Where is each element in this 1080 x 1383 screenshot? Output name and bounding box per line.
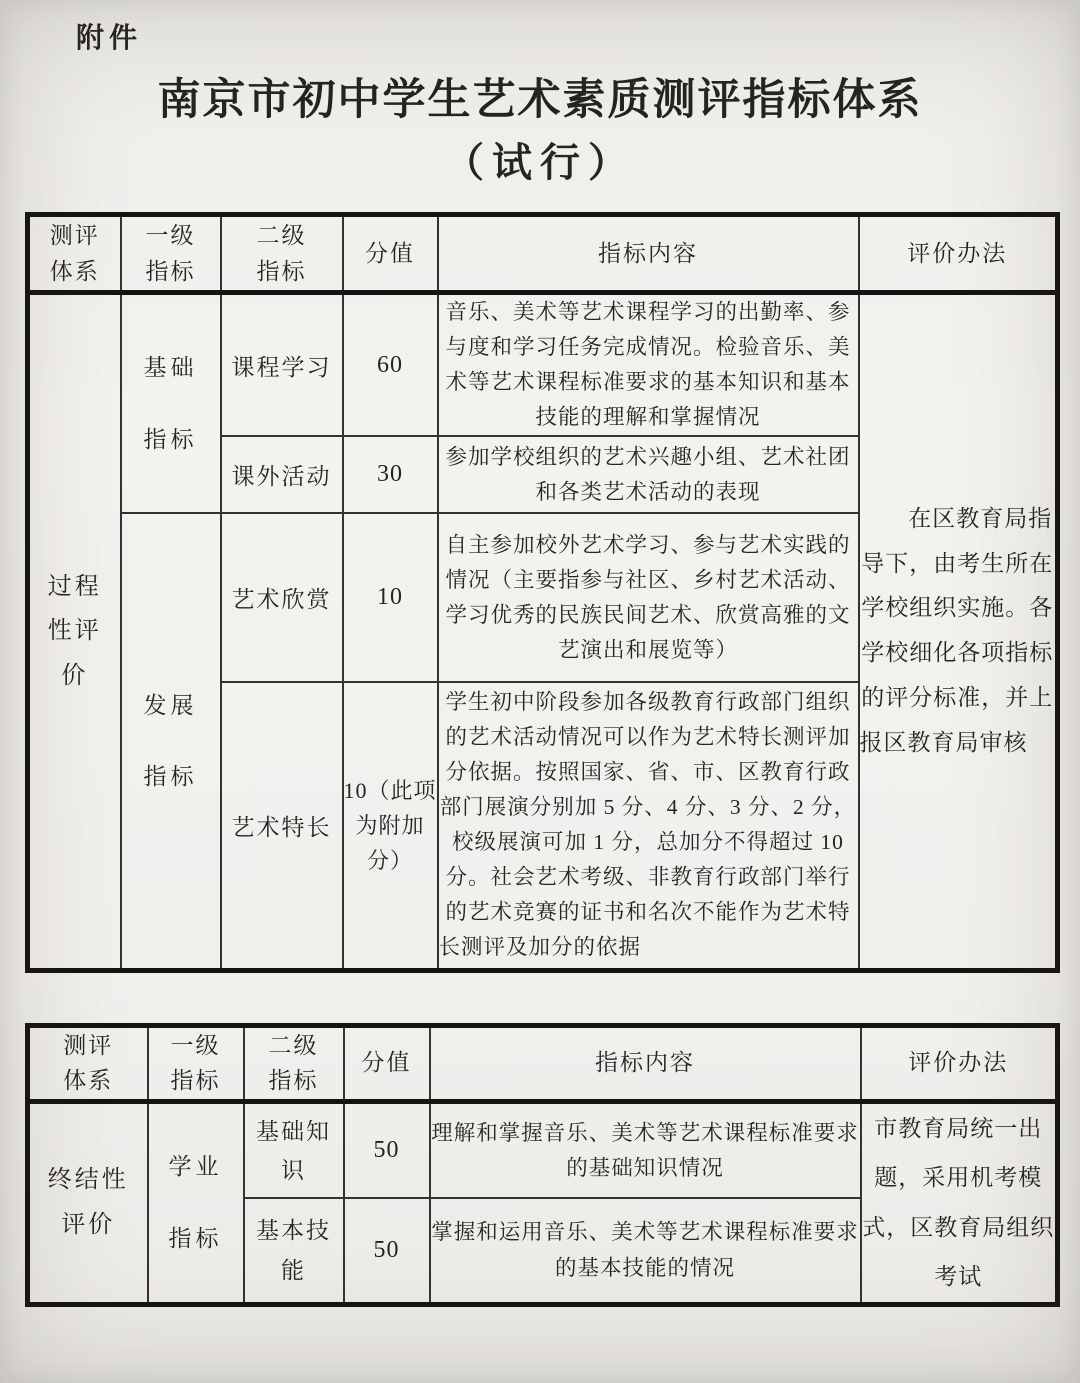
level2-label: 基础知识 — [247, 1112, 341, 1190]
cell-level1-academic: 学业指标 — [148, 1101, 244, 1304]
cell-method-process: 在区教育局指导下，由考生所在学校组织实施。各学校细化各项指标的评分标准，并上报区… — [859, 293, 1058, 971]
cell-level2-basic-knowledge: 基础知识 — [244, 1101, 344, 1198]
cell-method-summative: 市教育局统一出题，采用机考模式，区教育局组织考试 — [861, 1101, 1058, 1304]
header-cell-system: 测评体系 — [28, 215, 121, 293]
cell-content-extracurricular: 参加学校组织的艺术兴趣小组、艺术社团和各类艺术活动的表现 — [438, 436, 859, 513]
table-row: 终结性评价 学业指标 基础知识 50 理解和掌握音乐、美术等艺术课程标准要求的基… — [28, 1101, 1058, 1198]
cell-system-process: 过程性评价 — [28, 293, 121, 971]
level2-label: 基本技能 — [247, 1211, 341, 1289]
level1-label: 基础指标 — [141, 332, 201, 475]
header-cell-level2: 二级指标 — [244, 1025, 344, 1101]
cell-level2-basic-skills: 基本技能 — [244, 1198, 344, 1304]
cell-content-course-study: 音乐、美术等艺术课程学习的出勤率、参与度和学习任务完成情况。检验音乐、美术等艺术… — [438, 293, 859, 437]
header-label: 指标内容 — [595, 1050, 695, 1075]
header-label: 分值 — [365, 241, 415, 266]
cell-content-basic-skills: 掌握和运用音乐、美术等艺术课程标准要求的基本技能的情况 — [430, 1198, 861, 1304]
header-cell-system: 测评体系 — [28, 1025, 148, 1101]
header-label: 一级指标 — [159, 1028, 233, 1099]
attachment-label: 附件 — [76, 16, 1080, 56]
header-label: 分值 — [362, 1050, 412, 1075]
cell-system-summative: 终结性评价 — [28, 1101, 148, 1304]
header-label: 测评体系 — [51, 1028, 125, 1099]
header-label: 评价办法 — [907, 241, 1007, 266]
system-label: 过程性评价 — [46, 565, 104, 698]
level1-label: 学业指标 — [166, 1131, 226, 1274]
header-cell-level2: 二级指标 — [221, 215, 343, 293]
cell-level2-course-study: 课程学习 — [221, 293, 343, 437]
cell-score-course-study: 60 — [343, 293, 438, 437]
cell-content-art-appreciation: 自主参加校外艺术学习、参与艺术实践的情况（主要指参与社区、乡村艺术活动、学习优秀… — [438, 513, 859, 682]
document-subtitle: （试行） — [0, 131, 1080, 188]
header-label: 评价办法 — [908, 1050, 1008, 1075]
cell-content-basic-knowledge: 理解和掌握音乐、美术等艺术课程标准要求的基础知识情况 — [430, 1101, 861, 1198]
cell-score-extracurricular: 30 — [343, 436, 438, 513]
system-label: 终结性评价 — [44, 1158, 132, 1247]
header-cell-method: 评价办法 — [859, 215, 1058, 293]
header-cell-content: 指标内容 — [430, 1025, 861, 1101]
header-cell-content: 指标内容 — [438, 215, 859, 293]
document-title: 南京市初中学生艺术素质测评指标体系 — [0, 66, 1080, 127]
level1-label: 发展指标 — [141, 670, 201, 813]
cell-level1-development: 发展指标 — [121, 513, 221, 970]
cell-score-art-appreciation: 10 — [343, 513, 438, 682]
cell-score-basic-knowledge: 50 — [344, 1101, 430, 1198]
table-header-row: 测评体系 一级指标 二级指标 分值 指标内容 评价办法 — [28, 1025, 1058, 1101]
header-label: 二级指标 — [257, 1028, 331, 1099]
cell-level2-art-specialty: 艺术特长 — [221, 682, 343, 970]
table-header-row: 测评体系 一级指标 二级指标 分值 指标内容 评价办法 — [28, 215, 1058, 293]
cell-content-art-specialty: 学生初中阶段参加各级教育行政部门组织的艺术活动情况可以作为艺术特长测评加分依据。… — [438, 682, 859, 970]
header-label: 二级指标 — [245, 218, 319, 289]
process-evaluation-table: 测评体系 一级指标 二级指标 分值 指标内容 评价办法 过程性评价 基础指标 课… — [25, 212, 1060, 973]
cell-score-basic-skills: 50 — [344, 1198, 430, 1304]
header-cell-method: 评价办法 — [861, 1025, 1058, 1101]
cell-score-art-specialty: 10（此项为附加分） — [343, 682, 438, 970]
header-cell-level1: 一级指标 — [121, 215, 221, 293]
cell-level2-art-appreciation: 艺术欣赏 — [221, 513, 343, 682]
scanned-document-page: 附件 南京市初中学生艺术素质测评指标体系 （试行） 测评体系 一级指标 二级指标… — [0, 0, 1080, 1383]
header-cell-level1: 一级指标 — [148, 1025, 244, 1101]
summative-evaluation-table: 测评体系 一级指标 二级指标 分值 指标内容 评价办法 终结性评价 学业指标 基… — [25, 1023, 1060, 1307]
header-cell-score: 分值 — [344, 1025, 430, 1101]
cell-level1-basic: 基础指标 — [121, 293, 221, 514]
header-label: 指标内容 — [598, 241, 698, 266]
header-label: 测评体系 — [38, 218, 112, 289]
cell-level2-extracurricular: 课外活动 — [221, 436, 343, 513]
header-label: 一级指标 — [134, 218, 208, 289]
table-row: 过程性评价 基础指标 课程学习 60 音乐、美术等艺术课程学习的出勤率、参与度和… — [28, 293, 1058, 437]
header-cell-score: 分值 — [343, 215, 438, 293]
